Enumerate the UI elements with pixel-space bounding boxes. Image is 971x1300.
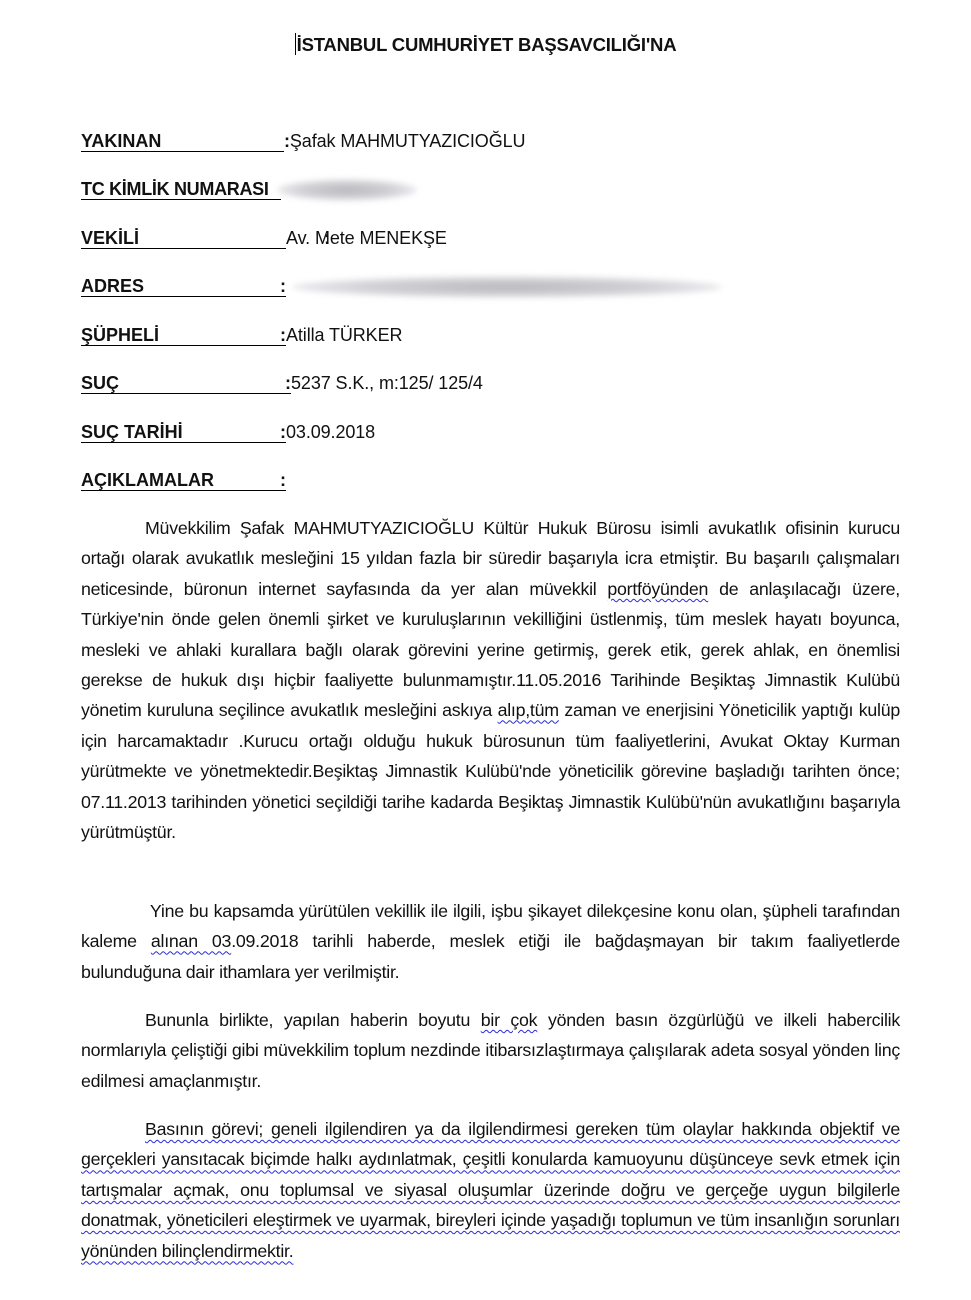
paragraph-1: Müvekkilim Şafak MAHMUTYAZICIOĞLU Kültür…: [81, 513, 900, 847]
paragraph-4: Basının görevi; geneli ilgilendiren ya d…: [81, 1114, 900, 1266]
field-value: :Şafak MAHMUTYAZICIOĞLU: [284, 129, 525, 153]
redacted-value: [277, 179, 417, 201]
field-value: 03.09.2018: [286, 420, 375, 444]
field-suc-tarihi: SUÇ TARİHİ: 03.09.2018: [81, 420, 375, 444]
field-label: ŞÜPHELİ:: [81, 325, 286, 346]
field-label: SUÇ TARİHİ:: [81, 422, 286, 443]
spellcheck-flag: bir çok: [481, 1010, 538, 1030]
field-yakinan: YAKINAN:Şafak MAHMUTYAZICIOĞLU: [81, 129, 525, 153]
title-text: İSTANBUL CUMHURİYET BAŞSAVCILIĞI'NA: [297, 34, 677, 55]
field-label: ADRES:: [81, 276, 286, 297]
spellcheck-flag: portföyünden: [607, 579, 708, 599]
field-label: SUÇ:: [81, 373, 291, 394]
field-vekili: VEKİLİ : Av. Mete MENEKŞE: [81, 226, 447, 250]
redacted-value: [292, 276, 722, 298]
text-cursor: [295, 33, 296, 55]
field-label: TC KİMLİK NUMARASI: [81, 179, 281, 200]
paragraph-2: Yine bu kapsamda yürütülen vekillik ile …: [81, 896, 900, 987]
field-adres: ADRES:: [81, 274, 722, 298]
field-label: AÇIKLAMALAR:: [81, 470, 286, 491]
field-value: Av. Mete MENEKŞE: [286, 226, 447, 250]
field-value: Atilla TÜRKER: [286, 323, 402, 347]
field-label: YAKINAN: [81, 131, 284, 152]
field-supheli: ŞÜPHELİ: Atilla TÜRKER: [81, 323, 402, 347]
field-value: 5237 S.K., m:125/ 125/4: [291, 371, 483, 395]
field-aciklamalar: AÇIKLAMALAR:: [81, 468, 286, 492]
paragraph-3: Bununla birlikte, yapılan haberin boyutu…: [81, 1005, 900, 1096]
document-title: İSTANBUL CUMHURİYET BAŞSAVCILIĞI'NA: [0, 33, 971, 56]
field-label: VEKİLİ :: [81, 228, 286, 249]
field-tc-kimlik: TC KİMLİK NUMARASI: [81, 177, 417, 201]
spellcheck-flag: alıp,tüm: [498, 700, 559, 720]
field-suc: SUÇ: 5237 S.K., m:125/ 125/4: [81, 371, 483, 395]
spellcheck-flag: alınan 03: [151, 931, 231, 951]
